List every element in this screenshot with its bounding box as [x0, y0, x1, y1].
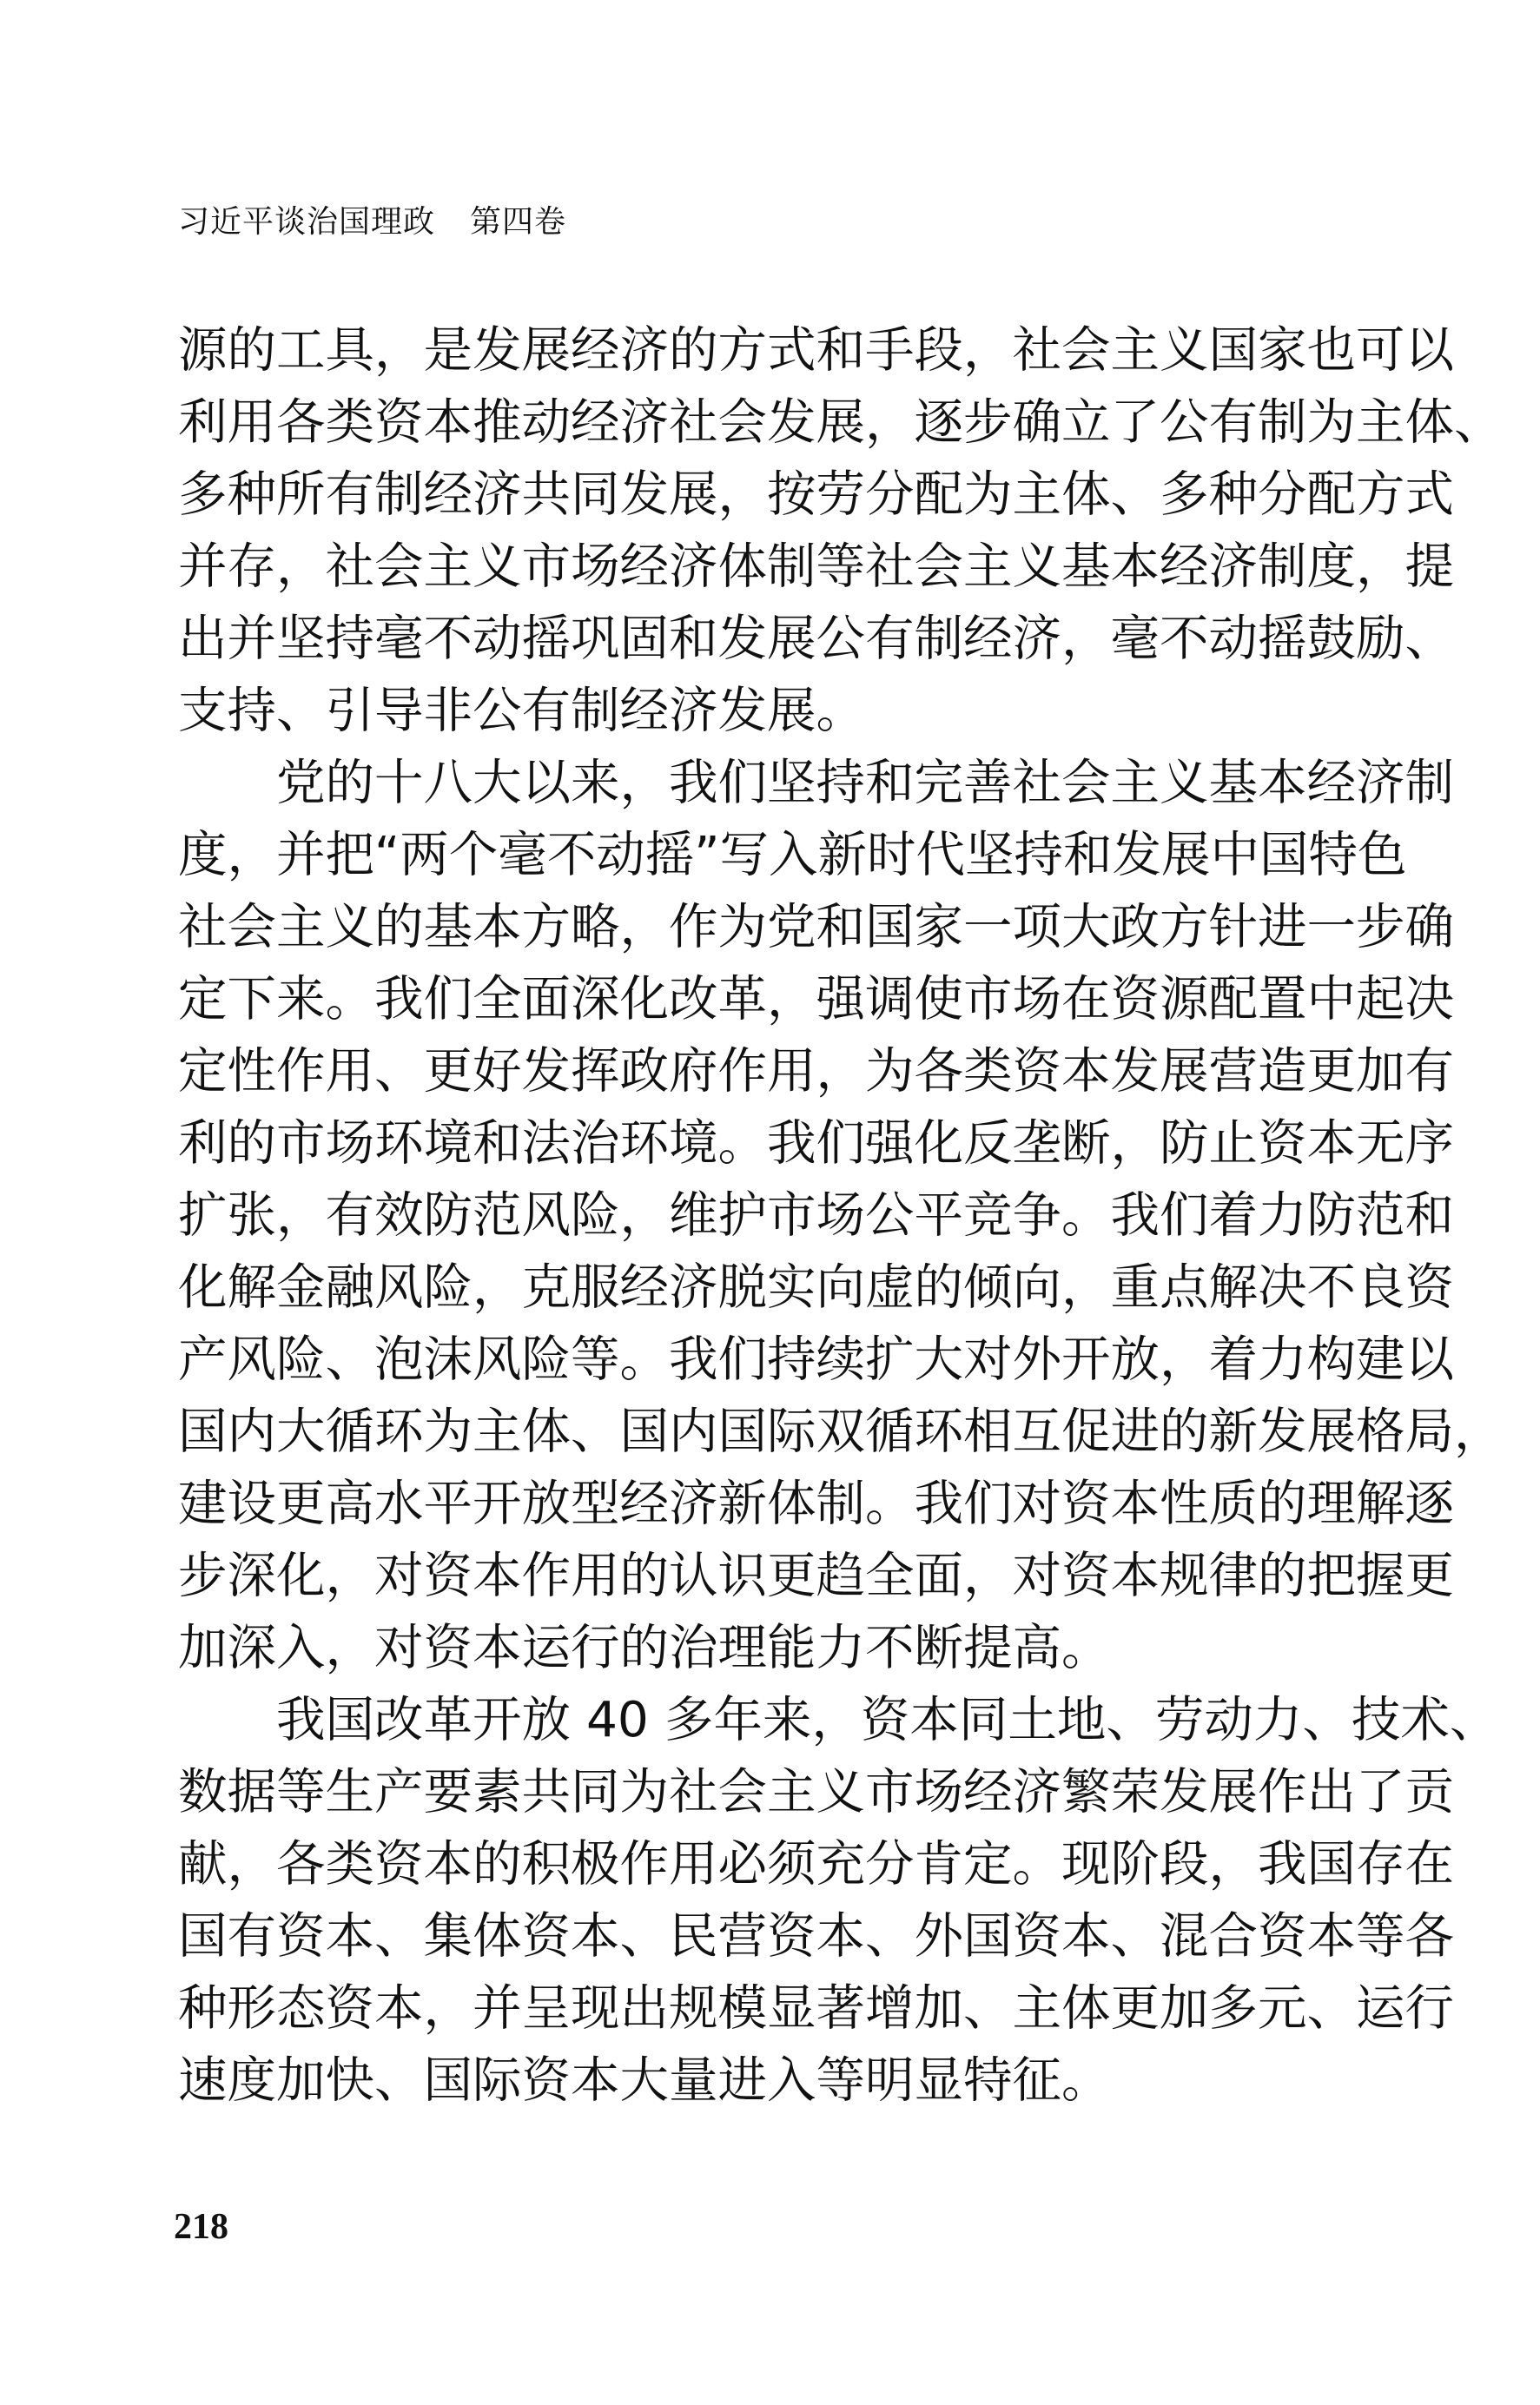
text-line: 支持、引导非公有制经济发展。 — [178, 675, 1359, 747]
paragraph-2: 党的十八大以来，我们坚持和完善社会主义基本经济制 度，并把“两个毫不动摇”写入新… — [178, 747, 1359, 1684]
text-line: 利用各类资本推动经济社会发展，逐步确立了公有制为主体、 — [178, 387, 1359, 459]
running-header: 习近平谈治国理政第四卷 — [178, 202, 566, 243]
text-line: 并存，社会主义市场经济体制等社会主义基本经济制度，提 — [178, 531, 1359, 603]
text-line: 社会主义的基本方略，作为党和国家一项大政方针进一步确 — [178, 891, 1359, 963]
text-line: 加深入，对资本运行的治理能力不断提高。 — [178, 1612, 1359, 1684]
text-line: 数据等生产要素共同为社会主义市场经济繁荣发展作出了贡 — [178, 1756, 1359, 1828]
text-line: 度，并把“两个毫不动摇”写入新时代坚持和发展中国特色 — [178, 819, 1359, 891]
text-line: 定性作用、更好发挥政府作用，为各类资本发展营造更加有 — [178, 1035, 1359, 1107]
text-line: 国有资本、集体资本、民营资本、外国资本、混合资本等各 — [178, 1900, 1359, 1972]
text-line: 多种所有制经济共同发展，按劳分配为主体、多种分配方式 — [178, 459, 1359, 531]
text-line: 产风险、泡沫风险等。我们持续扩大对外开放，着力构建以 — [178, 1324, 1359, 1396]
text-line: 源的工具，是发展经济的方式和手段，社会主义国家也可以 — [178, 314, 1359, 387]
text-line: 国内大循环为主体、国内国际双循环相互促进的新发展格局， — [178, 1396, 1359, 1468]
text-line: 利的市场环境和法治环境。我们强化反垄断，防止资本无序 — [178, 1107, 1359, 1179]
page-number: 218 — [174, 2206, 228, 2248]
text-line: 党的十八大以来，我们坚持和完善社会主义基本经济制 — [178, 747, 1359, 819]
text-line: 化解金融风险，克服经济脱实向虚的倾向，重点解决不良资 — [178, 1252, 1359, 1324]
body-text: 源的工具，是发展经济的方式和手段，社会主义国家也可以 利用各类资本推动经济社会发… — [178, 314, 1359, 2117]
book-title: 习近平谈治国理政 — [178, 204, 435, 240]
text-line: 步深化，对资本作用的认识更趋全面，对资本规律的把握更 — [178, 1540, 1359, 1612]
text-line: 建设更高水平开放型经济新体制。我们对资本性质的理解逐 — [178, 1468, 1359, 1540]
text-line: 速度加快、国际资本大量进入等明显特征。 — [178, 2045, 1359, 2117]
text-line: 献，各类资本的积极作用必须充分肯定。现阶段，我国存在 — [178, 1828, 1359, 1900]
paragraph-3: 我国改革开放 40 多年来，资本同土地、劳动力、技术、 数据等生产要素共同为社会… — [178, 1684, 1359, 2117]
text-line: 扩张，有效防范风险，维护市场公平竞争。我们着力防范和 — [178, 1179, 1359, 1252]
text-line: 种形态资本，并呈现出规模显著增加、主体更加多元、运行 — [178, 1972, 1359, 2045]
text-line: 我国改革开放 40 多年来，资本同土地、劳动力、技术、 — [178, 1684, 1359, 1756]
volume-label: 第四卷 — [470, 204, 566, 240]
text-line: 出并坚持毫不动摇巩固和发展公有制经济，毫不动摇鼓励、 — [178, 603, 1359, 675]
text-line: 定下来。我们全面深化改革，强调使市场在资源配置中起决 — [178, 963, 1359, 1035]
paragraph-1: 源的工具，是发展经济的方式和手段，社会主义国家也可以 利用各类资本推动经济社会发… — [178, 314, 1359, 747]
